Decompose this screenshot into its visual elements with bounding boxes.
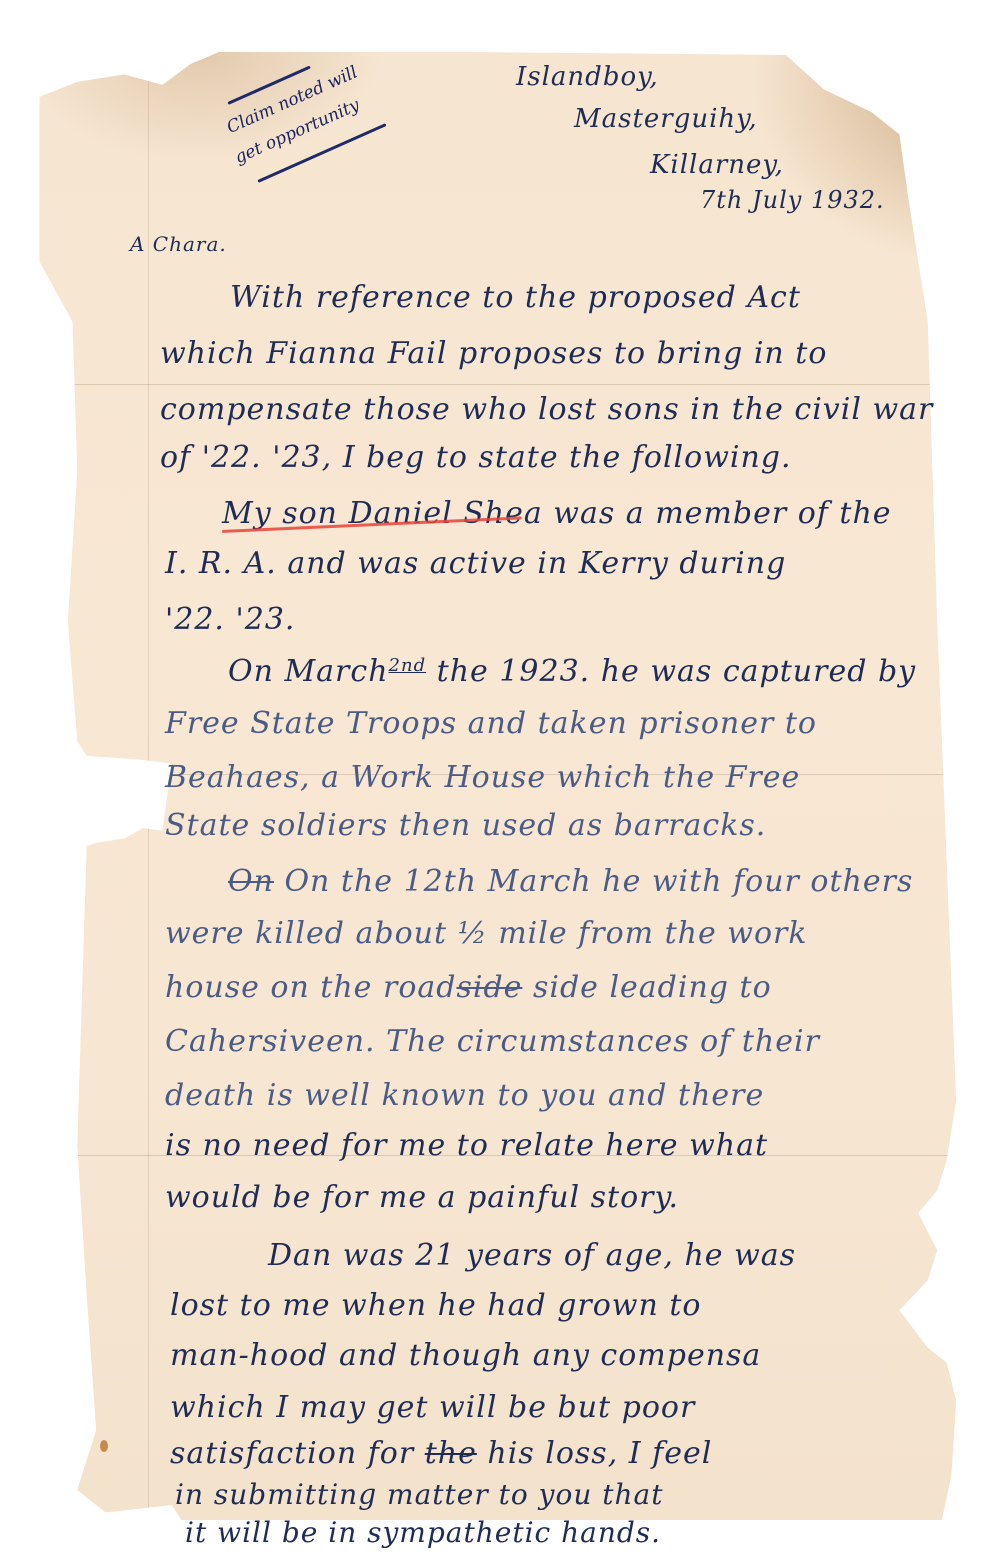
body-line: On On the 12th March he with four others xyxy=(228,864,913,899)
body-line: Beahaes, a Work House which the Free xyxy=(165,760,800,795)
body-line: State soldiers then used as barracks. xyxy=(165,808,766,843)
struck-word: the xyxy=(425,1436,477,1471)
fold-crease xyxy=(30,384,975,385)
paper-stain xyxy=(100,1440,108,1452)
body-line: satisfaction for the his loss, I feel xyxy=(170,1436,712,1471)
text-segment: his loss, I feel xyxy=(477,1436,713,1471)
body-line: Dan was 21 years of age, he was xyxy=(268,1238,796,1273)
date-month: July xyxy=(752,186,802,214)
body-line: Free State Troops and taken prisoner to xyxy=(165,706,817,741)
text-segment: satisfaction for xyxy=(170,1436,425,1471)
address-line-2: Masterguihy, xyxy=(574,104,758,134)
text-segment: On the 12th March he with four others xyxy=(274,864,913,899)
struck-word: side xyxy=(456,970,522,1005)
body-line: man-hood and though any compensa xyxy=(170,1338,761,1373)
salutation: A Chara. xyxy=(130,232,227,256)
date-day: 7th xyxy=(700,186,743,214)
body-line: it will be in sympathetic hands. xyxy=(185,1516,661,1549)
date-year: 1932. xyxy=(811,186,885,214)
struck-word: On xyxy=(228,864,274,899)
body-line: compensate those who lost sons in the ci… xyxy=(160,392,933,427)
body-line: were killed about ½ mile from the work xyxy=(165,916,808,951)
text-segment: On March xyxy=(228,654,389,689)
body-line: house on the roadside side leading to xyxy=(165,970,772,1005)
body-line: in submitting matter to you that xyxy=(175,1478,664,1511)
body-line: With reference to the proposed Act xyxy=(230,280,801,315)
body-line: would be for me a painful story. xyxy=(165,1180,679,1215)
body-line: is no need for me to relate here what xyxy=(165,1128,768,1163)
body-line: of '22. '23, I beg to state the followin… xyxy=(160,440,792,475)
body-line: I. R. A. and was active in Kerry during xyxy=(165,546,786,581)
text-segment: the 1923. he was captured by xyxy=(426,654,916,689)
body-line: lost to me when he had grown to xyxy=(170,1288,701,1323)
body-line: which Fianna Fail proposes to bring in t… xyxy=(160,336,827,371)
text-segment: house on the road xyxy=(165,970,456,1005)
body-line: Cahersiveen. The circumstances of their xyxy=(165,1024,820,1059)
date-line: 7th July 1932. xyxy=(700,186,885,214)
address-line-1: Islandboy, xyxy=(516,62,659,92)
body-line: '22. '23. xyxy=(165,602,295,637)
body-line: which I may get will be but poor xyxy=(170,1390,695,1425)
address-line-3: Killarney, xyxy=(650,150,784,180)
text-segment: side leading to xyxy=(522,970,771,1005)
body-line: On March2nd the 1923. he was captured by xyxy=(228,654,916,689)
body-line: death is well known to you and there xyxy=(165,1078,764,1113)
superscript-ordinal: 2nd xyxy=(389,655,427,676)
